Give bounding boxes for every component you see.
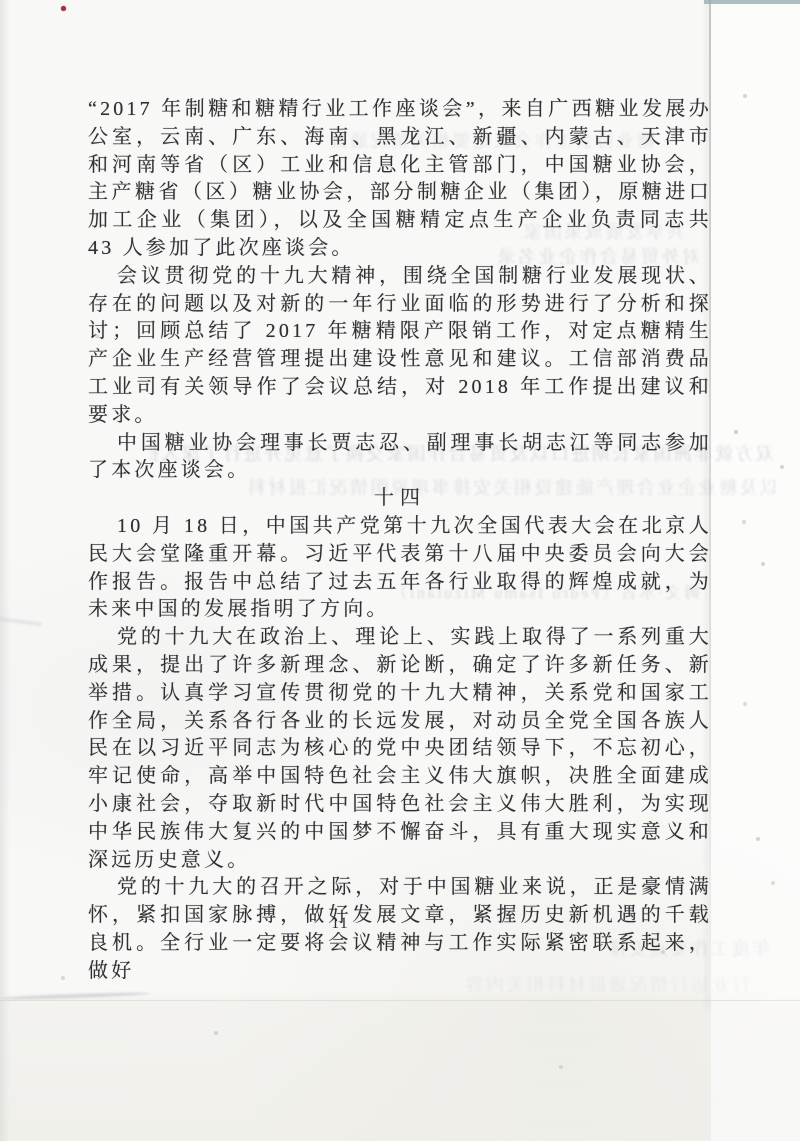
paragraph-meeting-summary: 会议贯彻党的十九大精神，围绕全国制糖行业发展现状、存在的问题以及对新的一年行业面… — [88, 263, 712, 430]
red-dot-mark — [61, 6, 66, 11]
section-heading: 十四 — [88, 485, 712, 513]
paragraph-congress-opening: 10 月 18 日，中国共产党第十九次全国代表大会在北京人民大会堂隆重开幕。习近… — [88, 513, 712, 624]
crease-line-bottom-long — [0, 1000, 800, 1001]
document-body: “2017 年制糖和糖精行业工作座谈会”，来自广西糖业发展办公室，云南、广东、海… — [88, 96, 712, 986]
crease-line-mid — [0, 617, 42, 626]
paragraph-sugar-industry-outlook: 党的十九大的召开之际，对于中国糖业来说，正是豪情满怀，紧扣国家脉搏，做好发展文章… — [88, 874, 712, 985]
paragraph-conference-attendees: “2017 年制糖和糖精行业工作座谈会”，来自广西糖业发展办公室，云南、广东、海… — [88, 96, 712, 263]
paragraph-congress-significance: 党的十九大在政治上、理论上、实践上取得了一系列重大成果，提出了许多新理念、新论断… — [88, 624, 712, 874]
scanner-edge-strip — [704, 0, 800, 4]
page-fold-lighter-area — [711, 0, 800, 1141]
scan-speckles — [0, 0, 2, 2]
page-number: 11 — [300, 915, 380, 933]
paragraph-association-leaders: 中国糖业协会理事长贾志忍、副理事长胡志江等同志参加了本次座谈会。 — [88, 430, 712, 486]
scanned-document-page: 糖业协会工作会议纪要相关情况通报 共享发展成果国家 对外贸易合作企业名录 双方就… — [0, 0, 800, 1141]
